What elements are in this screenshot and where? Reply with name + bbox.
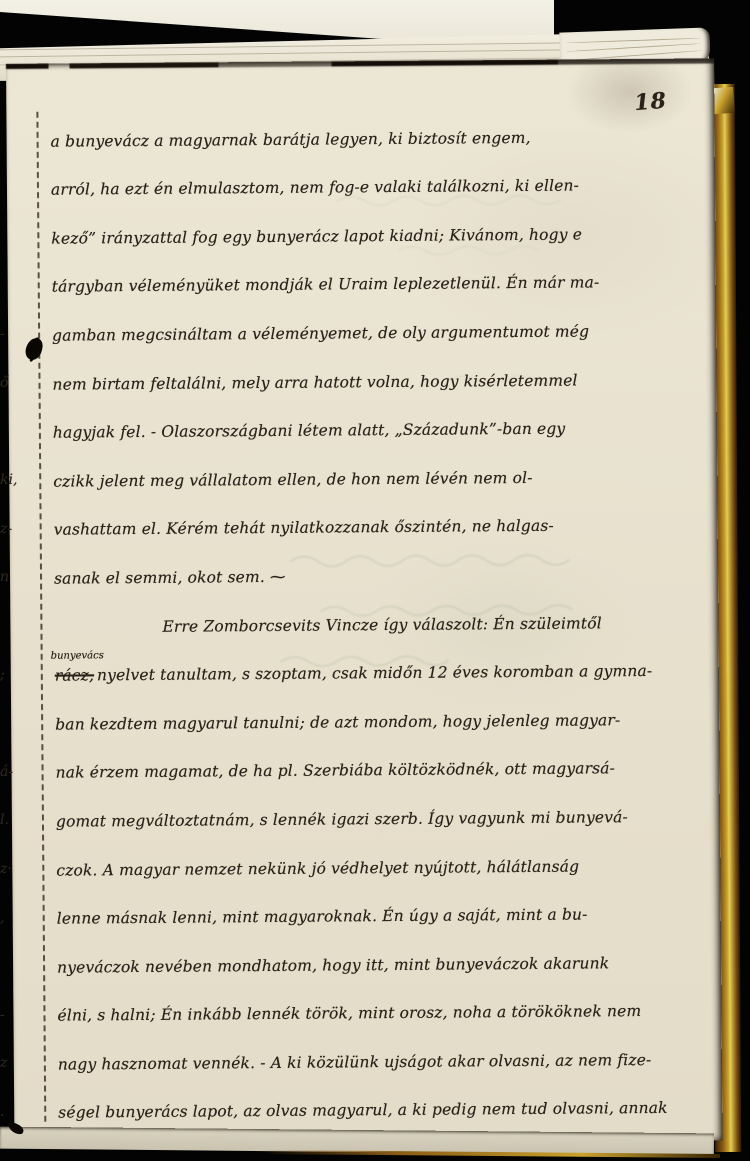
line-text: gomat megváltoztatnám, s lennék igazi sz… [56, 808, 628, 830]
interlinear-correction: bunyevács [51, 650, 104, 661]
line-text: nak érzem magamat, de ha pl. Szerbiába k… [55, 760, 615, 782]
line-text: czikk jelent meg vállalatom ellen, de ho… [53, 469, 532, 491]
manuscript-line: hagyjak fel. - Olaszországbani létem ala… [53, 396, 713, 450]
cropped-letter-fragment: - [0, 1007, 18, 1023]
manuscript-line: ban kezdtem magyarul tanulni; de azt mon… [55, 688, 715, 742]
cropped-letter-fragment: z- [0, 521, 18, 537]
manuscript-line: ségel bunyerács lapot, az olvas magyarul… [58, 1076, 718, 1130]
line-text: lenne másnak lenni, mint magyaroknak. Én… [57, 906, 588, 928]
manuscript-line: gamban megcsináltam a véleményemet, de o… [52, 299, 712, 353]
line-text: tárgyban véleményüket mondják el Uraim l… [52, 274, 600, 296]
manuscript-text: a bunyevácz a magyarnak barátja legyen, … [50, 104, 718, 1130]
manuscript-line: sanak el semmi, okot sem. ⁓ [54, 542, 714, 596]
manuscript-line: tárgyban véleményüket mondják el Uraim l… [52, 250, 712, 304]
line-text: czok. A magyar nemzet nekünk jó védhelye… [56, 857, 579, 879]
manuscript-line: nagy hasznomat vennék. - A ki közülünk u… [58, 1028, 718, 1082]
manuscript-line: nyeváczok nevében mondhatom, hogy itt, m… [57, 931, 717, 985]
manuscript-line: czikk jelent meg vállalatom ellen, de ho… [53, 445, 713, 499]
manuscript-line: nem birtam feltalálni, mely arra hatott … [52, 347, 712, 401]
manuscript-line: czok. A magyar nemzet nekünk jó védhelye… [56, 833, 716, 887]
cropped-letter-fragment: n [0, 569, 18, 585]
line-text: vashattam el. Kérém tehát nyilatkozzanak… [54, 517, 554, 539]
cropped-letter-fragment: z· [0, 861, 18, 877]
cropped-letter-fragment: á- [0, 764, 18, 780]
manuscript-line: vashattam el. Kérém tehát nyilatkozzanak… [53, 493, 713, 547]
line-text: Erre Zomborcsevits Vincze így válaszolt:… [162, 614, 602, 635]
manuscript-line: lenne másnak lenni, mint magyaroknak. Én… [56, 882, 716, 936]
line-text: nyelvet tanultam, s szoptam, csak midőn … [97, 662, 652, 684]
line-text: sanak el semmi, okot sem. ⁓ [54, 568, 286, 588]
line-text: gamban megcsináltam a véleményemet, de o… [52, 322, 589, 344]
cropped-letter-fragment: ő [0, 375, 18, 391]
manuscript-line: élni, s halni; Én inkább lennék török, m… [57, 979, 717, 1033]
manuscript-line: gomat megváltoztatnám, s lennék igazi sz… [56, 785, 716, 839]
line-text: ségel bunyerács lapot, az olvas magyarul… [58, 1099, 668, 1122]
cropped-letter-fragment: ki, [0, 472, 18, 488]
cropped-letter-fragment: ; [0, 667, 18, 683]
manuscript-line: nak érzem magamat, de ha pl. Szerbiába k… [55, 736, 715, 790]
line-text: a bunyevácz a magyarnak barátja legyen, … [51, 128, 531, 150]
cropped-letter-fragment: , [0, 910, 18, 926]
line-text: ban kezdtem magyarul tanulni; de azt mon… [55, 711, 620, 733]
left-margin-crease [36, 112, 48, 1122]
line-text: nyeváczok nevében mondhatom, hogy itt, m… [57, 954, 609, 976]
manuscript-line: Erre Zomborcsevits Vincze így válaszolt:… [54, 590, 714, 644]
cropped-letter-fragment: - [0, 326, 18, 342]
line-text: nem birtam feltalálni, mely arra hatott … [52, 371, 577, 393]
manuscript-line: bunyevácsrácz, nyelvet tanultam, s szopt… [55, 639, 715, 693]
struck-out-word: rácz, [55, 666, 94, 684]
cropped-letter-fragment: z [0, 1055, 18, 1071]
cropped-letter-fragment: . [0, 1104, 18, 1120]
line-text: élni, s halni; Én inkább lennék török, m… [57, 1002, 641, 1025]
manuscript-line: arról, ha ezt én elmulasztom, nem fog-e … [51, 153, 711, 207]
manuscript-line: kező” irányzattal fog egy bunyerácz lapo… [51, 202, 711, 256]
line-text: hagyjak fel. - Olaszországbani létem ala… [53, 420, 566, 442]
page-leaf-line [566, 38, 702, 44]
cropped-letter-fragment: l. [0, 812, 18, 828]
line-text: kező” irányzattal fog egy bunyerácz lapo… [51, 225, 582, 247]
line-text: arról, ha ezt én elmulasztom, nem fog-e … [51, 177, 579, 199]
manuscript-page: 18 a bunyevácz a magyarnak barátja legye… [6, 58, 722, 1146]
manuscript-line: a bunyevácz a magyarnak barátja legyen, … [50, 104, 710, 158]
line-text: nagy hasznomat vennék. - A ki közülünk u… [58, 1051, 652, 1074]
